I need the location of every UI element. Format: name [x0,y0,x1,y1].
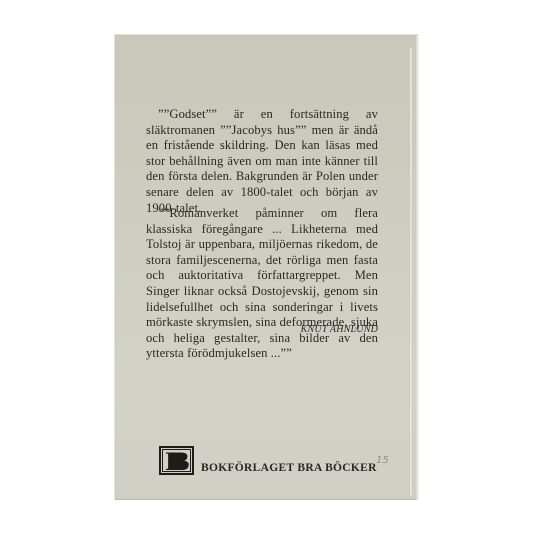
book-blurb: ””Godset”” är en fortsättning av släktro… [146,107,378,216]
quote-author: KNUT AHNLUND [301,324,378,335]
quote-text: ””Romanverket påminner om flera klassisk… [146,206,378,362]
book-back-cover: ””Godset”” är en fortsättning av släktro… [114,34,419,500]
blurb-text: ””Godset”” är en fortsättning av släktro… [146,107,378,216]
publisher-logo: BBB [159,446,194,475]
review-quote: ””Romanverket påminner om flera klassisk… [146,206,378,362]
publisher-name: BOKFÖRLAGET BRA BÖCKER [201,462,377,474]
pencil-price-mark: 15 [376,455,389,466]
publisher-logo-icon: BBB [162,449,191,472]
